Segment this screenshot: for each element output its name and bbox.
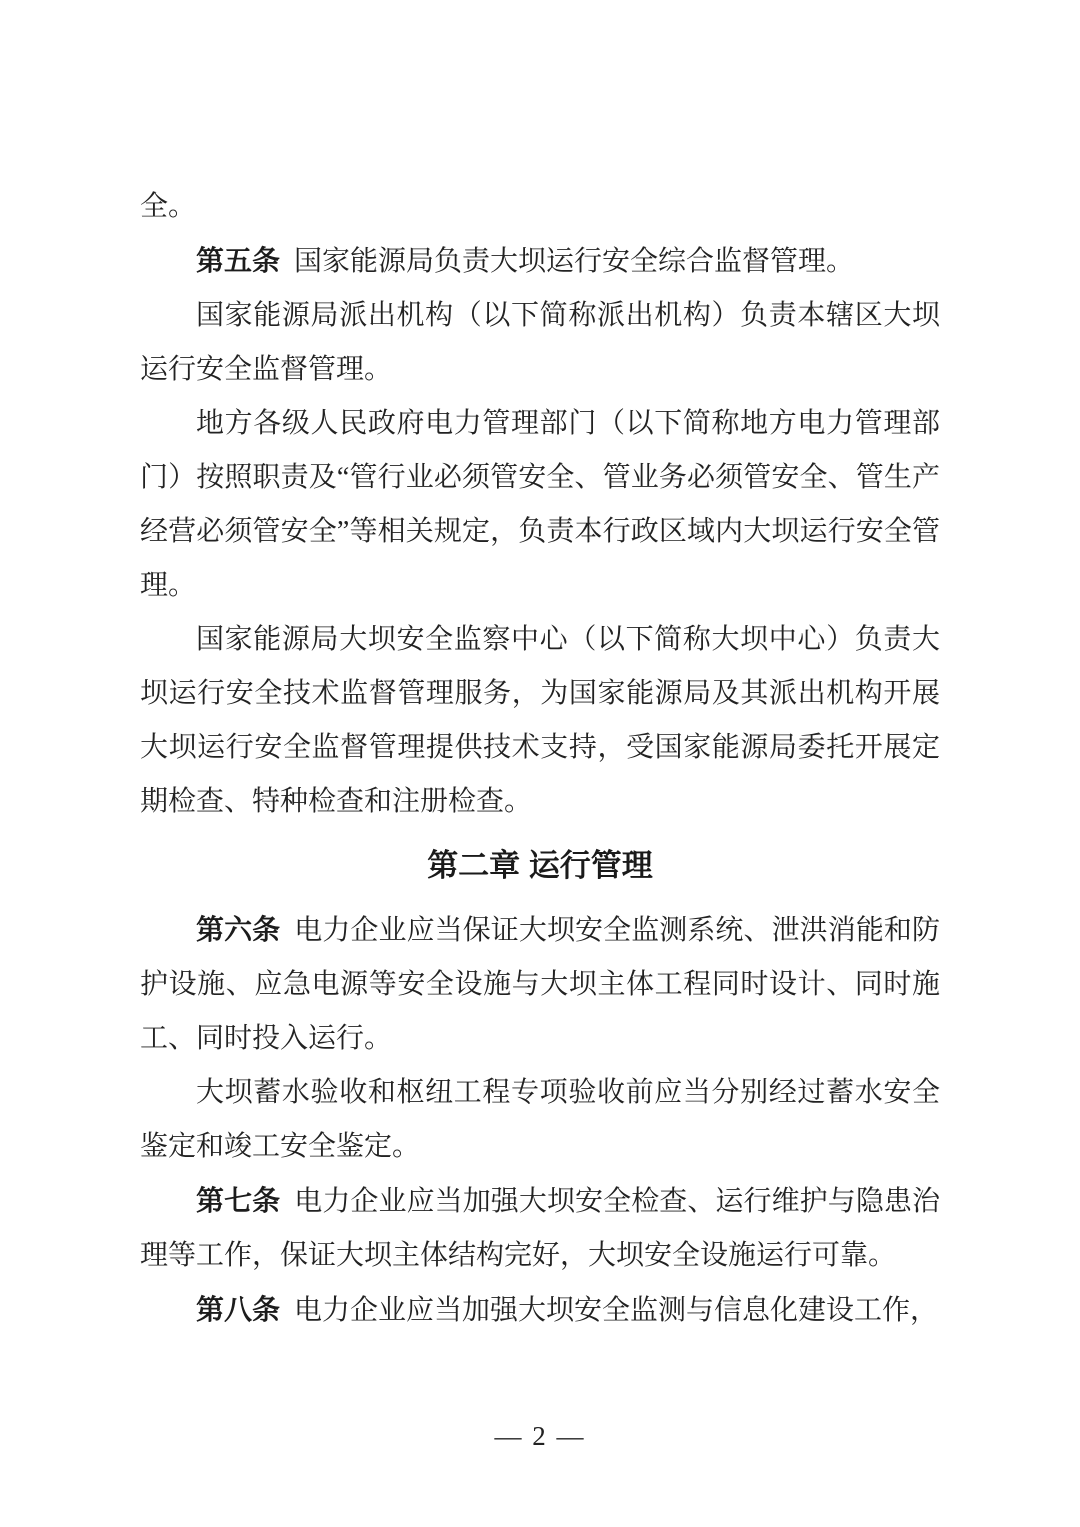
chapter-2-heading: 第二章 运行管理 xyxy=(140,839,940,893)
document-body: 全。 第五条国家能源局负责大坝运行安全综合监督管理。 国家能源局派出机构（以下简… xyxy=(140,180,940,1338)
article-6-paragraph: 第六条电力企业应当保证大坝安全监测系统、泄洪消能和防护设施、应急电源等安全设施与… xyxy=(140,903,940,1066)
article-5-paragraph: 第五条国家能源局负责大坝运行安全综合监督管理。 xyxy=(140,234,940,289)
article-6-number-label: 第六条 xyxy=(196,914,280,945)
paragraph-local-governments: 地方各级人民政府电力管理部门（以下简称地方电力管理部门）按照职责及“管行业必须管… xyxy=(140,397,940,613)
article-7-number-label: 第七条 xyxy=(196,1185,280,1216)
paragraph-dispatched-agencies: 国家能源局派出机构（以下简称派出机构）负责本辖区大坝运行安全监督管理。 xyxy=(140,289,940,397)
article-8-number-label: 第八条 xyxy=(196,1294,280,1325)
article-8-text: 电力企业应当加强大坝安全监测与信息化建设工作， xyxy=(294,1295,938,1326)
paragraph-dam-center: 国家能源局大坝安全监察中心（以下简称大坝中心）负责大坝运行安全技术监督管理服务，… xyxy=(140,613,940,829)
page-number: — 2 — xyxy=(0,1421,1080,1452)
article-5-text: 国家能源局负责大坝运行安全综合监督管理。 xyxy=(294,246,854,277)
document-page: 全。 第五条国家能源局负责大坝运行安全综合监督管理。 国家能源局派出机构（以下简… xyxy=(0,0,1080,1527)
article-7-paragraph: 第七条电力企业应当加强大坝安全检查、运行维护与隐患治理等工作，保证大坝主体结构完… xyxy=(140,1174,940,1283)
article-5-number-label: 第五条 xyxy=(196,245,280,276)
paragraph-acceptance-appraisal: 大坝蓄水验收和枢纽工程专项验收前应当分别经过蓄水安全鉴定和竣工安全鉴定。 xyxy=(140,1066,940,1174)
paragraph-continuation: 全。 xyxy=(140,180,940,234)
article-8-paragraph: 第八条电力企业应当加强大坝安全监测与信息化建设工作， xyxy=(140,1283,940,1338)
